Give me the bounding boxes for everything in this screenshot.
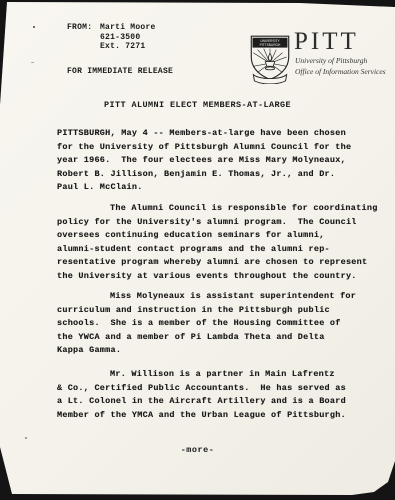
- scan-speck: [31, 62, 34, 63]
- release-status: FOR IMMEDIATE RELEASE: [67, 67, 173, 77]
- body-line: Kappa Gamma.: [57, 344, 377, 358]
- body-line: PITTSBURGH, May 4 -- Members-at-large ha…: [57, 127, 377, 141]
- office-name: Office of Information Services: [295, 67, 386, 76]
- body-line: resentative program whereby alumni are c…: [57, 256, 377, 270]
- body-line: Mr. Willison is a partner in Main Lafren…: [57, 368, 377, 382]
- crest-ribbon: [253, 75, 286, 84]
- body-line: Paul L. McClain.: [57, 181, 377, 195]
- body-line: the University at various events through…: [57, 270, 377, 284]
- press-release-page: FROM: Marti Moore 621-3500 Ext. 7271 FOR…: [0, 0, 395, 500]
- body-line: Member of the YMCA and the Urban League …: [57, 409, 377, 423]
- from-label: FROM:: [67, 23, 92, 33]
- paragraph-4: Mr. Willison is a partner in Main Lafren…: [57, 368, 377, 422]
- body-line: a Lt. Colonel in the Aircraft Artillery …: [57, 395, 377, 409]
- body-line: the YWCA and a member of Pi Lambda Theta…: [57, 331, 377, 345]
- body-line: alumni-student contact programs and the …: [57, 243, 377, 257]
- body-line: Robert B. Jillison, Benjamin E. Thomas, …: [57, 168, 377, 182]
- contact-phone: 621-3500: [100, 33, 156, 43]
- paragraph-1: PITTSBURGH, May 4 -- Members-at-large ha…: [57, 127, 377, 195]
- body-line: year 1966. The four electees are Miss Ma…: [57, 154, 377, 168]
- body-line: Miss Molyneaux is assistant superintende…: [57, 290, 377, 304]
- scan-speck: [33, 26, 35, 28]
- pitt-crest-icon: UNIVERSITY PITTSBURGH: [249, 32, 291, 84]
- pitt-wordmark: PITT: [294, 29, 359, 54]
- contact-block: Marti Moore 621-3500 Ext. 7271: [100, 23, 156, 52]
- contact-ext: Ext. 7271: [100, 42, 156, 52]
- body-line: schools. She is a member of the Housing …: [57, 317, 377, 331]
- body-line: curriculum and instruction in the Pittsb…: [57, 304, 377, 318]
- university-name: University of Pittsburgh: [295, 56, 367, 65]
- paragraph-2: The Alumni Council is responsible for co…: [57, 202, 377, 284]
- scan-speck: [25, 437, 27, 439]
- paragraph-3: Miss Molyneaux is assistant superintende…: [57, 290, 377, 358]
- body-line: for the University of Pittsburgh Alumni …: [57, 141, 377, 155]
- body-line: oversees continuing education seminars f…: [57, 229, 377, 243]
- more-indicator: -more-: [0, 445, 395, 455]
- body-line: policy for the University's alumni progr…: [57, 216, 377, 230]
- headline: PITT ALUMNI ELECT MEMBERS-AT-LARGE: [0, 100, 395, 110]
- body-line: & Co., Certified Public Accountants. He …: [57, 382, 377, 396]
- crest-band-line2: PITTSBURGH: [260, 43, 281, 47]
- body-line: The Alumni Council is responsible for co…: [57, 202, 377, 216]
- contact-name: Marti Moore: [100, 23, 156, 33]
